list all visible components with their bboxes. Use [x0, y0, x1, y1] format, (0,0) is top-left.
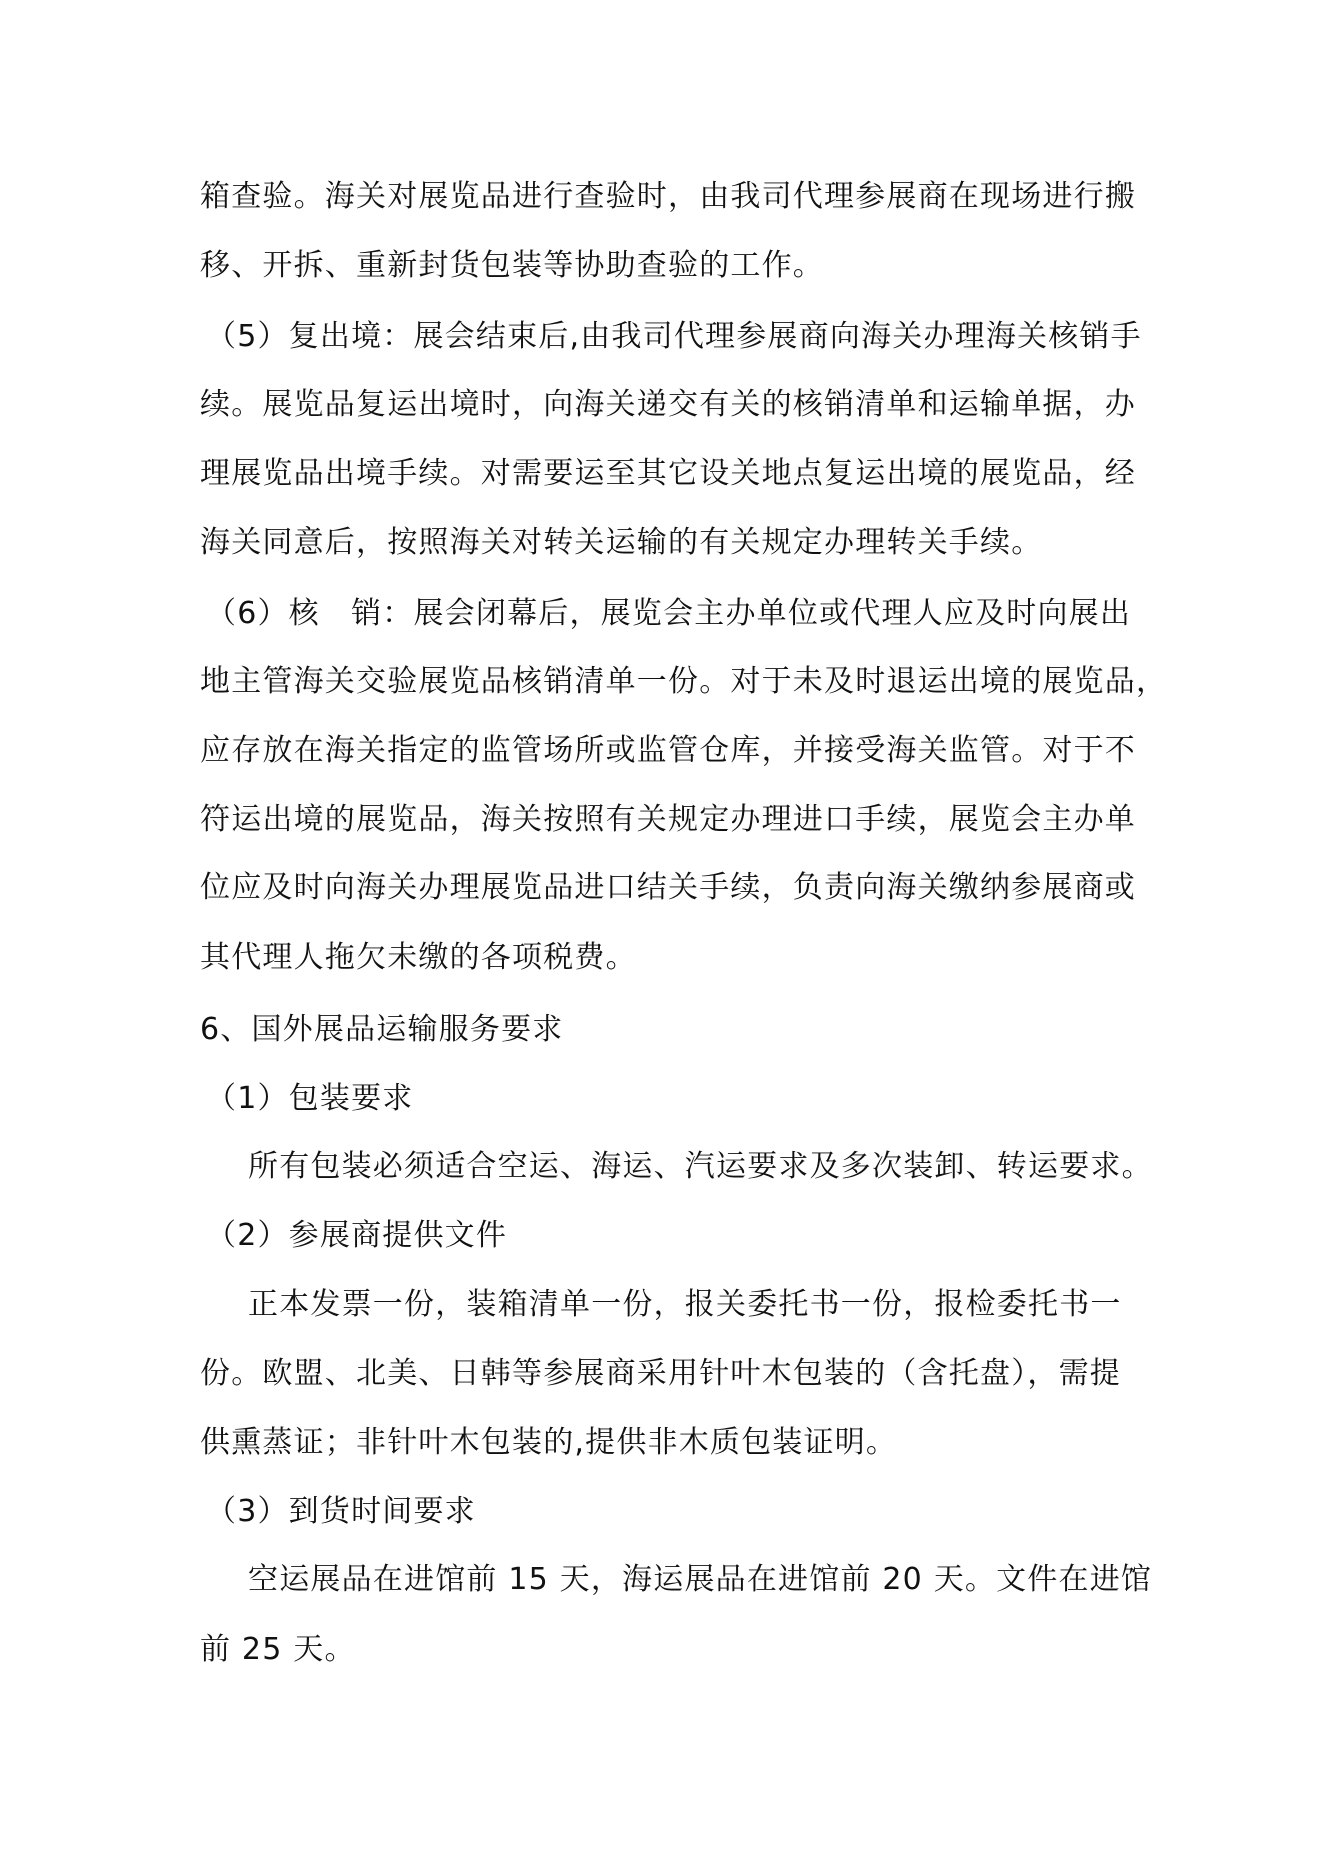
- body-line: 供熏蒸证；非针叶木包装的,提供非木质包装证明。: [200, 1423, 1140, 1463]
- body-line: 海关同意后，按照海关对转关运输的有关规定办理转关手续。: [200, 523, 1140, 563]
- arrival-time-text: 空运展品在进馆前 15 天，海运展品在进馆前 20 天。文件在进馆: [248, 1560, 1188, 1600]
- body-line: 理展览品出境手续。对需要运至其它设关地点复运出境的展览品，经: [200, 454, 1140, 494]
- body-line: 其代理人拖欠未缴的各项税费。: [200, 938, 1140, 978]
- body-line: 续。展览品复运出境时，向海关递交有关的核销清单和运输单据，办: [200, 385, 1140, 425]
- section-heading-6: 6、国外展品运输服务要求: [200, 1010, 1140, 1050]
- documents-text: 正本发票一份，装箱清单一份，报关委托书一份，报检委托书一: [248, 1285, 1188, 1325]
- body-line: 份。欧盟、北美、日韩等参展商采用针叶木包装的（含托盘），需提: [200, 1354, 1140, 1394]
- body-line: 前 25 天。: [200, 1630, 1140, 1670]
- item-3-arrival-time: （3）到货时间要求: [206, 1492, 1146, 1532]
- body-line: 应存放在海关指定的监管场所或监管仓库，并接受海关监管。对于不: [200, 731, 1140, 771]
- packaging-text: 所有包装必须适合空运、海运、汽运要求及多次装卸、转运要求。: [248, 1147, 1188, 1187]
- item-1-packaging: （1）包装要求: [206, 1079, 1146, 1119]
- item-2-documents: （2）参展商提供文件: [206, 1216, 1146, 1256]
- body-line: 移、开拆、重新封货包装等协助查验的工作。: [200, 246, 1140, 286]
- item-5-reexport: （5）复出境：展会结束后,由我司代理参展商向海关办理海关核销手: [206, 317, 1146, 357]
- body-line: 地主管海关交验展览品核销清单一份。对于未及时退运出境的展览品，: [200, 662, 1140, 702]
- item-6-verification: （6）核 销：展会闭幕后，展览会主办单位或代理人应及时向展出: [206, 594, 1146, 634]
- body-line: 符运出境的展览品，海关按照有关规定办理进口手续，展览会主办单: [200, 800, 1140, 840]
- document-page: 箱查验。海关对展览品进行查验时，由我司代理参展商在现场进行搬 移、开拆、重新封货…: [0, 0, 1323, 1871]
- body-line: 箱查验。海关对展览品进行查验时，由我司代理参展商在现场进行搬: [200, 177, 1140, 217]
- body-line: 位应及时向海关办理展览品进口结关手续，负责向海关缴纳参展商或: [200, 868, 1140, 908]
